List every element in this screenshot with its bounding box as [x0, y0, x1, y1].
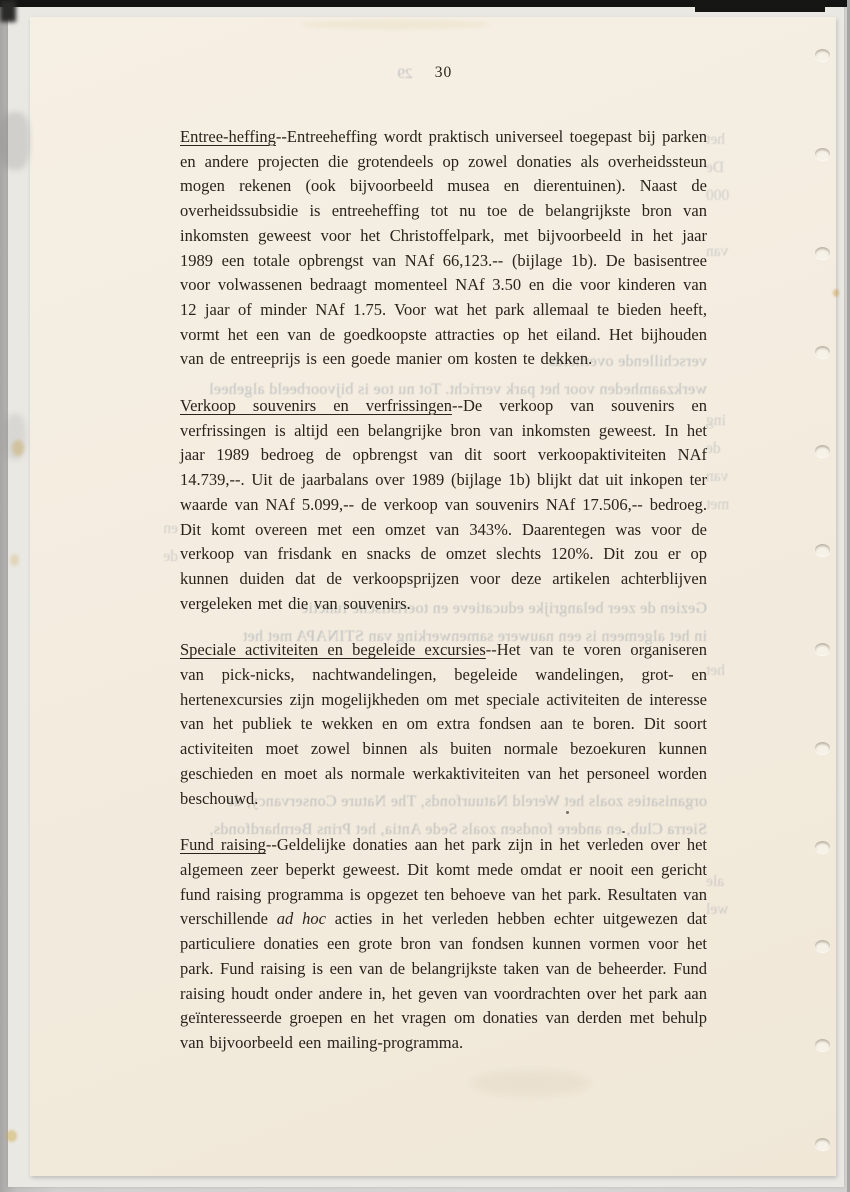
- binder-hole: [815, 247, 830, 259]
- heading-separator: --: [486, 640, 497, 659]
- scan-corner-shadow: [0, 0, 16, 22]
- paragraph-verkoop-souvenirs: Verkoop souvenirs en verfrissingen--De v…: [180, 394, 707, 616]
- paragraph-text: Het van te voren organiseren van pick-ni…: [180, 640, 707, 807]
- bleedthrough-fragment: ing: [706, 412, 784, 430]
- italic-phrase: ad hoc: [277, 909, 326, 928]
- bleedthrough-fragment: en: [100, 520, 178, 538]
- paragraph-heading: Entree-heffing: [180, 127, 276, 146]
- heading-separator: --: [266, 835, 277, 854]
- heading-separator: --: [452, 396, 463, 415]
- bleedthrough-fragment: wel: [706, 901, 784, 919]
- paragraph-heading: Speciale activiteiten en begeleide excur…: [180, 640, 486, 659]
- bleedthrough-fragment: de: [100, 548, 178, 566]
- bleedthrough-fragment: 000: [706, 187, 784, 205]
- bleedthrough-fragment: van: [706, 243, 784, 261]
- binder-hole: [815, 49, 830, 61]
- heading-separator: --: [276, 127, 287, 146]
- bleedthrough-fragment: het: [706, 662, 784, 680]
- binder-hole: [815, 643, 830, 655]
- paragraph-speciale-activiteiten: Speciale activiteiten en begeleide excur…: [180, 638, 707, 811]
- bleedthrough-fragment: het: [706, 131, 784, 149]
- bleedthrough-fragment: de: [706, 440, 784, 458]
- binder-hole: [815, 940, 830, 952]
- binder-hole: [815, 1138, 830, 1150]
- binder-hole: [815, 544, 830, 556]
- binder-hole: [815, 346, 830, 358]
- bleedthrough-fragment: ale: [706, 873, 784, 891]
- bleedthrough-fragment: De: [706, 159, 784, 177]
- scanner-edge-bar-right: [695, 0, 825, 12]
- bleedthrough-fragment: met: [706, 496, 784, 514]
- paragraph-text: De verkoop van souvenirs en verfrissinge…: [180, 396, 707, 613]
- paragraph-fund-raising: Fund raising--Geldelijke donaties aan he…: [180, 833, 707, 1055]
- document-body: Entree-heffing--Entreeheffing wordt prak…: [180, 125, 707, 1078]
- scanned-document-page: 29 30 verschillende overheidswerkzaamhed…: [0, 0, 850, 1192]
- paragraph-heading: Fund raising: [180, 835, 266, 854]
- page-number: 30: [180, 64, 707, 82]
- binder-hole: [815, 445, 830, 457]
- binder-hole: [815, 1039, 830, 1051]
- paragraph-entree-heffing: Entree-heffing--Entreeheffing wordt prak…: [180, 125, 707, 372]
- paragraph-text: acties in het verleden hebben echter uit…: [180, 909, 707, 1052]
- binder-hole: [815, 742, 830, 754]
- bleedthrough-fragment: van: [706, 468, 784, 486]
- binder-hole: [815, 841, 830, 853]
- paragraph-text: Entreeheffing wordt praktisch universeel…: [180, 127, 707, 368]
- binder-hole: [815, 148, 830, 160]
- paragraph-heading: Verkoop souvenirs en verfrissingen: [180, 396, 452, 415]
